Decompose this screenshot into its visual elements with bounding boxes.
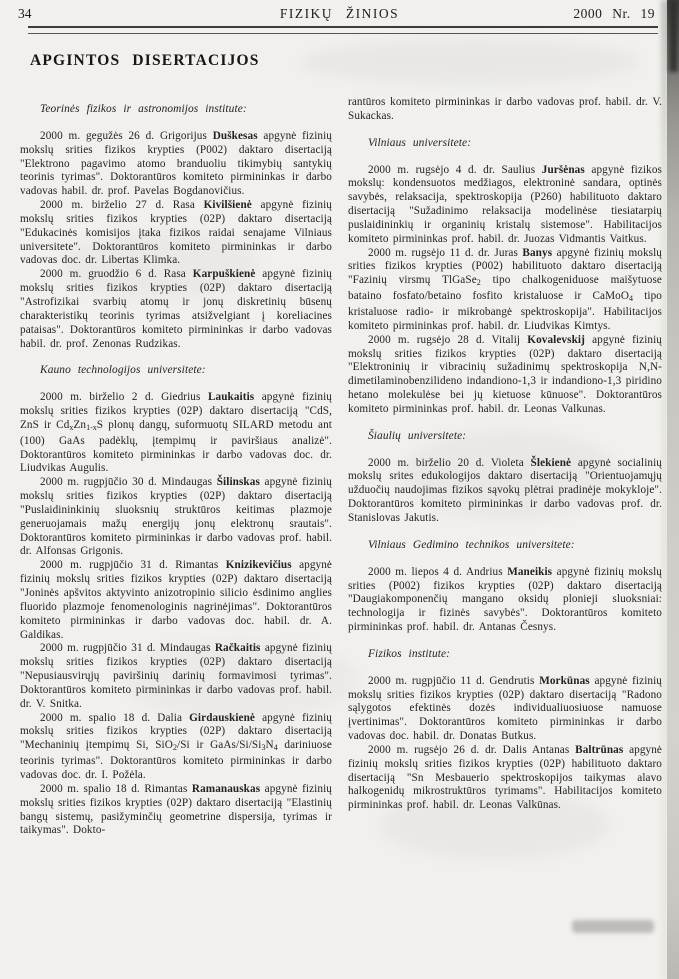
text-run: /Si ir GaAs/Si/Si: [177, 739, 261, 751]
person-name: Juršėnas: [542, 164, 585, 176]
scanned-journal-page: 34 FIZIKŲ ŽINIOS 2000 Nr. 19 APGINTOS DI…: [0, 0, 679, 979]
dissertation-paragraph: 2000 m. liepos 4 d. Andrius Maneikis apg…: [348, 566, 662, 635]
section-heading: Vilniaus Gedimino technikos universitete…: [348, 539, 662, 553]
dissertation-paragraph: 2000 m. rugsėjo 28 d. Vitalij Kovalevski…: [348, 334, 662, 417]
person-name: Kovalevskij: [527, 334, 585, 346]
page-header: 34 FIZIKŲ ŽINIOS 2000 Nr. 19: [0, 6, 679, 26]
dissertation-paragraph: 2000 m. spalio 18 d. Dalia Girdauskienė …: [20, 712, 332, 783]
section-heading: Kauno technologijos universitete:: [20, 364, 332, 378]
scan-blotch: [380, 790, 610, 860]
text-run: apgynė fizinių mokslų srities fizikos kr…: [20, 476, 332, 557]
dissertation-paragraph: 2000 m. gegužės 26 d. Grigorijus Duškesa…: [20, 130, 332, 199]
scan-blotch: [120, 640, 360, 720]
text-run: 2000 m. birželio 2 d. Giedrius: [40, 391, 208, 403]
scan-blotch: [300, 40, 640, 84]
left-text-column: Teorinės fizikos ir astronomijos institu…: [20, 96, 332, 838]
dissertation-paragraph: 2000 m. birželio 2 d. Giedrius Laukaitis…: [20, 391, 332, 476]
text-run: apgynė fizinių mokslų srities fizikos kr…: [20, 559, 332, 640]
section-heading: Fizikos institute:: [348, 648, 662, 662]
section-heading: Teorinės fizikos ir astronomijos institu…: [20, 103, 332, 117]
text-run: 2000 m. rugpjūčio 11 d. Gendrutis: [368, 675, 539, 687]
text-run: rantūros komiteto pirmininkas ir darbo v…: [348, 96, 662, 122]
person-name: Laukaitis: [208, 391, 254, 403]
dissertation-paragraph: 2000 m. rugpjūčio 30 d. Mindaugas Šilins…: [20, 476, 332, 559]
article-title: APGINTOS DISERTACIJOS: [30, 52, 260, 70]
dissertation-paragraph: 2000 m. spalio 18 d. Rimantas Ramanauska…: [20, 783, 332, 838]
person-name: Knizikevičius: [226, 559, 292, 571]
section-heading: Vilniaus universitete:: [348, 137, 662, 151]
text-run: 2000 m. gegužės 26 d. Grigorijus: [40, 130, 213, 142]
person-name: Baltrūnas: [575, 744, 623, 756]
header-double-rule: [28, 26, 658, 34]
ink-smudge: [572, 920, 654, 933]
text-run: 2000 m. rugpjūčio 31 d. Rimantas: [40, 559, 226, 571]
scan-blotch: [400, 430, 620, 520]
text-run: 2000 m. rugsėjo 28 d. Vitalij: [368, 334, 527, 346]
text-run: 2000 m. birželio 27 d. Rasa: [40, 199, 204, 211]
text-run: 2000 m. rugsėjo 11 d. dr. Juras: [368, 247, 522, 259]
text-run: Zn: [73, 419, 86, 431]
person-name: Šilinskas: [217, 476, 260, 488]
dissertation-paragraph: 2000 m. rugpjūčio 31 d. Rimantas Knizike…: [20, 559, 332, 642]
person-name: Maneikis: [507, 566, 552, 578]
scan-edge-strip: [667, 0, 679, 979]
text-run: 2000 m. rugsėjo 26 d. dr. Dalis Antanas: [368, 744, 575, 756]
person-name: Duškesas: [213, 130, 258, 142]
text-run: 2000 m. spalio 18 d. Dalia: [40, 712, 189, 724]
scan-edge-dark-mark: [669, 0, 678, 72]
person-name: Kivilšienė: [204, 199, 252, 211]
text-run: 2000 m. liepos 4 d. Andrius: [368, 566, 507, 578]
dissertation-paragraph: 2000 m. rugsėjo 4 d. dr. Saulius Juršėna…: [348, 164, 662, 247]
text-run: 2000 m. rugpjūčio 30 d. Mindaugas: [40, 476, 217, 488]
subscript: 1-x: [86, 423, 97, 432]
person-name: Banys: [522, 247, 552, 259]
person-name: Morkūnas: [539, 675, 590, 687]
dissertation-paragraph: 2000 m. rugpjūčio 11 d. Gendrutis Morkūn…: [348, 675, 662, 744]
scan-blotch: [60, 230, 260, 300]
text-run: N: [266, 739, 274, 751]
dissertation-paragraph: 2000 m. rugsėjo 11 d. dr. Juras Banys ap…: [348, 247, 662, 334]
text-run: 2000 m. spalio 18 d. Rimantas: [40, 783, 192, 795]
issue-number: 2000 Nr. 19: [573, 6, 655, 22]
dissertation-paragraph: rantūros komiteto pirmininkas ir darbo v…: [348, 96, 662, 124]
text-run: 2000 m. rugsėjo 4 d. dr. Saulius: [368, 164, 542, 176]
person-name: Ramanauskas: [192, 783, 260, 795]
